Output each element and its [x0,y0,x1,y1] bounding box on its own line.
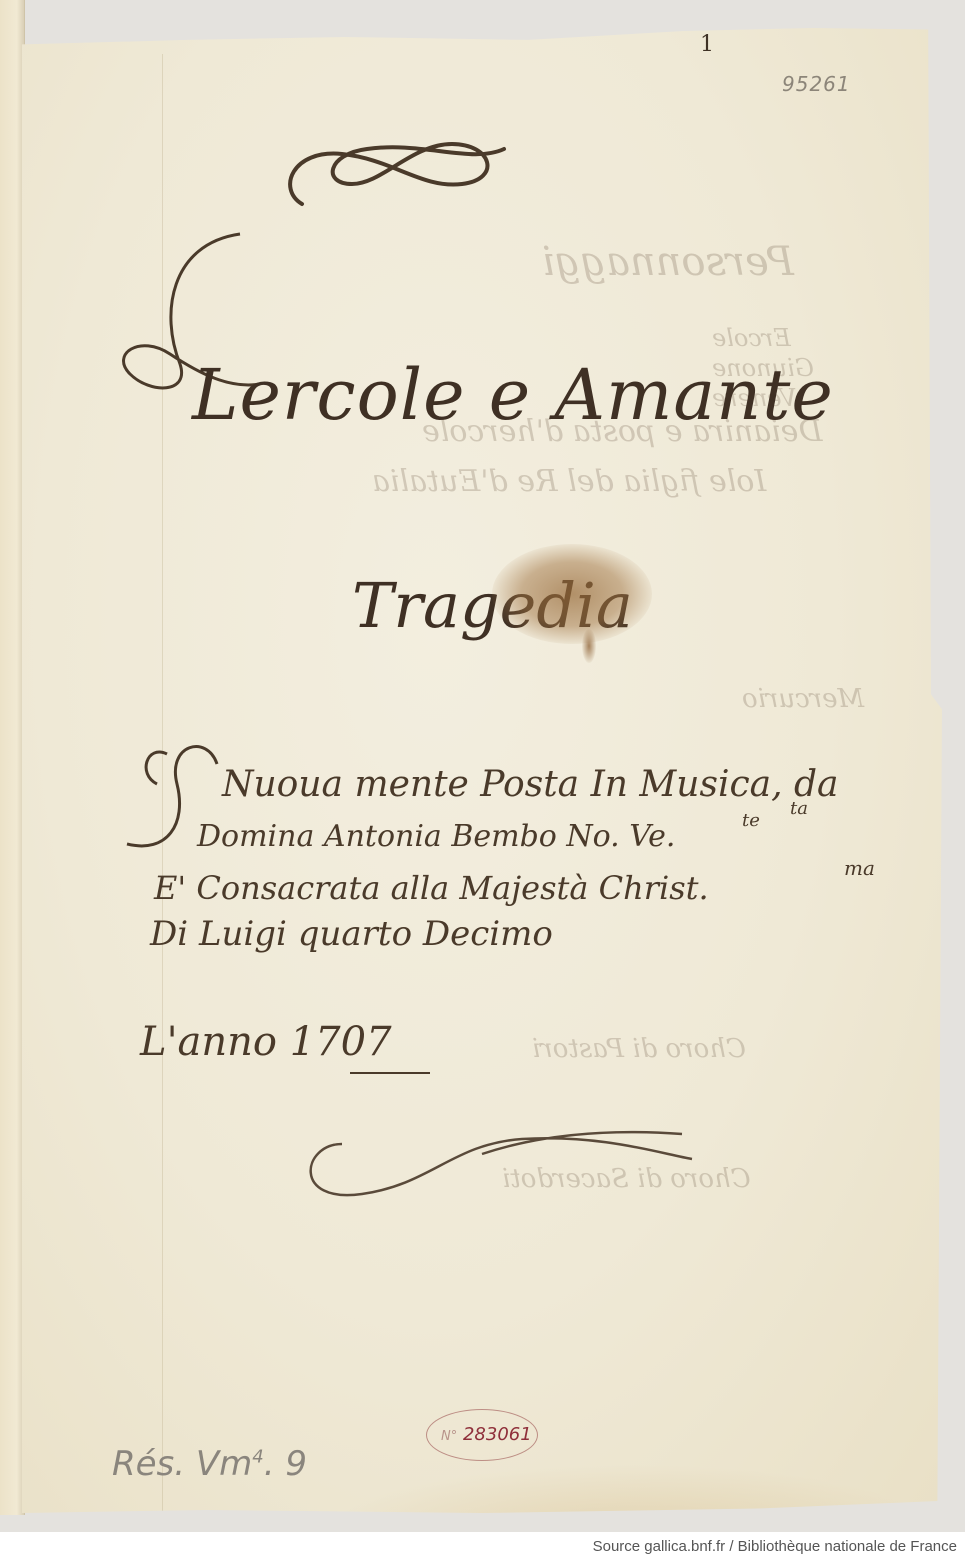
stamp-prefix: N° [441,1429,457,1444]
top-flourish-ornament [272,129,512,229]
show-through-text: Choro di Pastori [532,1034,746,1064]
source-credit: Source gallica.bnf.fr / Bibliothèque nat… [593,1538,957,1555]
bottom-flourish-ornament [282,1114,702,1224]
show-through-text: Personnaggi [542,239,794,285]
superscript: ta [790,798,808,819]
subtitle-line-2: Domina Antonia Bembo No. Ve. [197,819,675,854]
manuscript-page: Personnaggi Ercole Giunone Venere Deiani… [22,22,942,1516]
subtitle-line-4: Di Luigi quarto Decimo [150,914,553,954]
show-through-text: Ercole [712,324,791,352]
ink-stain [492,544,652,644]
show-through-text: Mercurio [742,684,864,714]
shelfmark: Rés. Vm4. 9 [112,1444,307,1484]
subtitle-line-3: E' Consacrata alla Majestà Christ. [154,869,709,907]
year-label: L'anno [140,1019,277,1065]
opera-title: Lercole e Amante [192,354,834,436]
pencil-inventory-number: 95261 [782,72,851,96]
facing-page-edge [0,0,25,1515]
superscript: te [742,810,760,831]
ink-stain-drip [582,629,596,663]
year-value: 1707 [290,1019,392,1065]
folio-number: 1 [700,32,714,57]
library-stamp: N° 283061 [426,1409,538,1461]
subtitle-line-1: Nuoua mente Posta In Musica, da [222,764,838,805]
stamp-number: 283061 [463,1424,532,1445]
superscript: ma [844,856,875,880]
show-through-text: Iole figlia del Re d'Eutalia [372,464,766,499]
year-underline [350,1072,430,1074]
year-line: L'anno 1707 [140,1019,392,1065]
